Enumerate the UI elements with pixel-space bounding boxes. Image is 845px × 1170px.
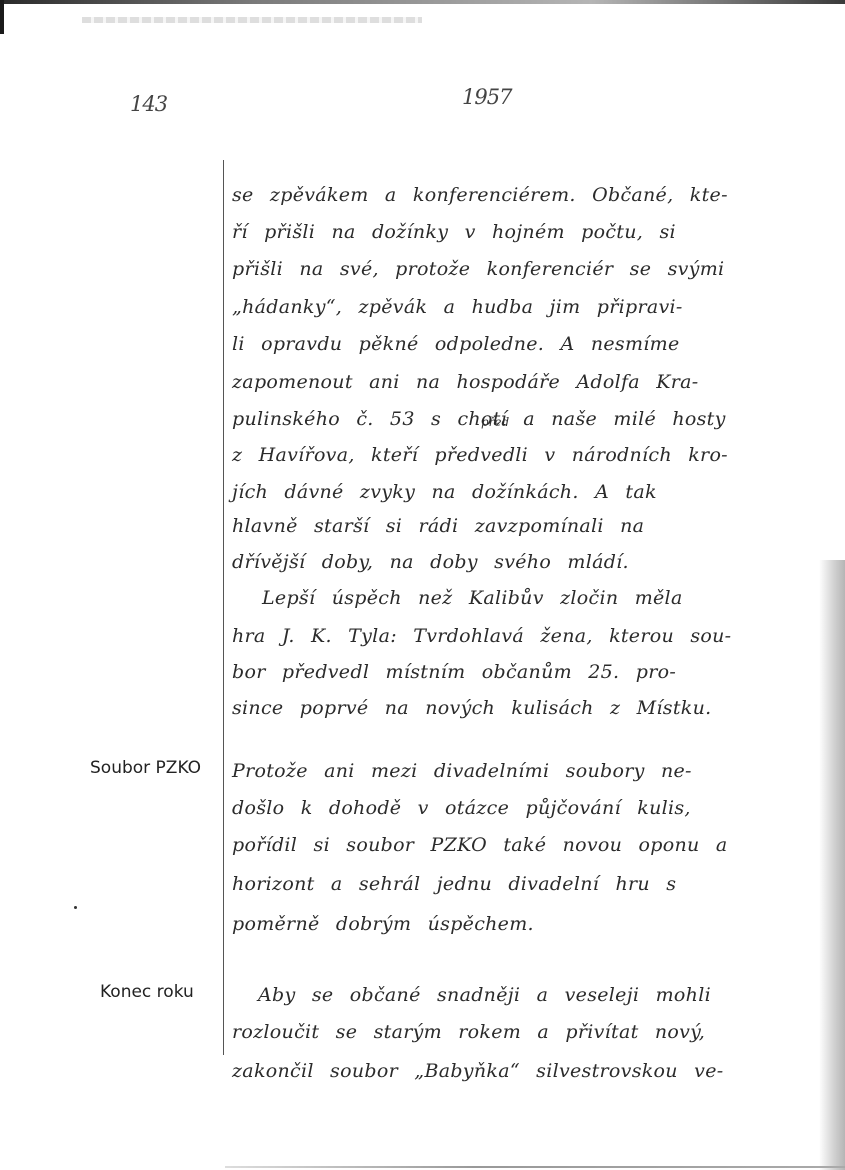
bottom-rule (225, 1166, 845, 1168)
text-line: ří přišli na dožínky v hojném počtu, si (232, 214, 832, 250)
text-line: z Havířova, kteří předvedli v národních … (232, 437, 832, 473)
text-line: došlo k dohodě v otázce půjčování kulis, (232, 790, 832, 826)
text-line: se zpěvákem a konferenciérem. Občané, kt… (232, 177, 832, 213)
page-number: 143 (130, 92, 167, 116)
text-line: dřívější doby, na doby svého mládí. (232, 544, 832, 580)
text-line: zapomenout ani na hospodáře Adolfa Kra- (232, 364, 832, 400)
text-line: poměrně dobrým úspěchem. (232, 906, 832, 942)
text-line: zakončil soubor „Babyňka“ silvestrovskou… (232, 1053, 832, 1089)
margin-note-soubor-pzko: Soubor PZKO (90, 758, 201, 778)
text-line: li opravdu pěkné odpoledne. A nesmíme (232, 326, 832, 362)
stray-mark (74, 906, 77, 909)
text-line: hra J. K. Tyla: Tvrdohlavá žena, kterou … (232, 618, 832, 654)
text-line: pulinského č. 53 s chotí a naše milé hos… (232, 401, 832, 437)
text-line: bor předvedl místním občanům 25. pro- (232, 654, 832, 690)
text-line: horizont a sehrál jednu divadelní hru s (232, 866, 832, 902)
text-line: since poprvé na nových kulisách z Místku… (232, 690, 832, 726)
text-line: rozloučit se starým rokem a přivítat nov… (232, 1014, 832, 1050)
scan-left-edge (0, 0, 4, 34)
text-line: Aby se občané snadněji a veseleji mohli (258, 977, 845, 1013)
text-line: jích dávné zvyky na dožínkách. A tak (232, 474, 832, 510)
page-year: 1957 (462, 85, 511, 109)
text-line: přišli na své, protože konferenciér se s… (232, 251, 832, 287)
scan-top-edge (0, 0, 845, 4)
text-line: hlavně starší si rádi zavzpomínali na (232, 508, 832, 544)
text-line: pořídil si soubor PZKO také novou oponu … (232, 827, 832, 863)
faint-bleed-through-text (82, 17, 422, 23)
margin-note-konec-roku: Konec roku (100, 982, 194, 1002)
text-line: Lepší úspěch než Kalibův zločin měla (262, 580, 845, 616)
text-line: Protože ani mezi divadelními soubory ne- (232, 753, 832, 789)
text-line: „hádanky“, zpěvák a hudba jim připravi- (232, 289, 832, 325)
margin-rule (223, 160, 224, 1055)
